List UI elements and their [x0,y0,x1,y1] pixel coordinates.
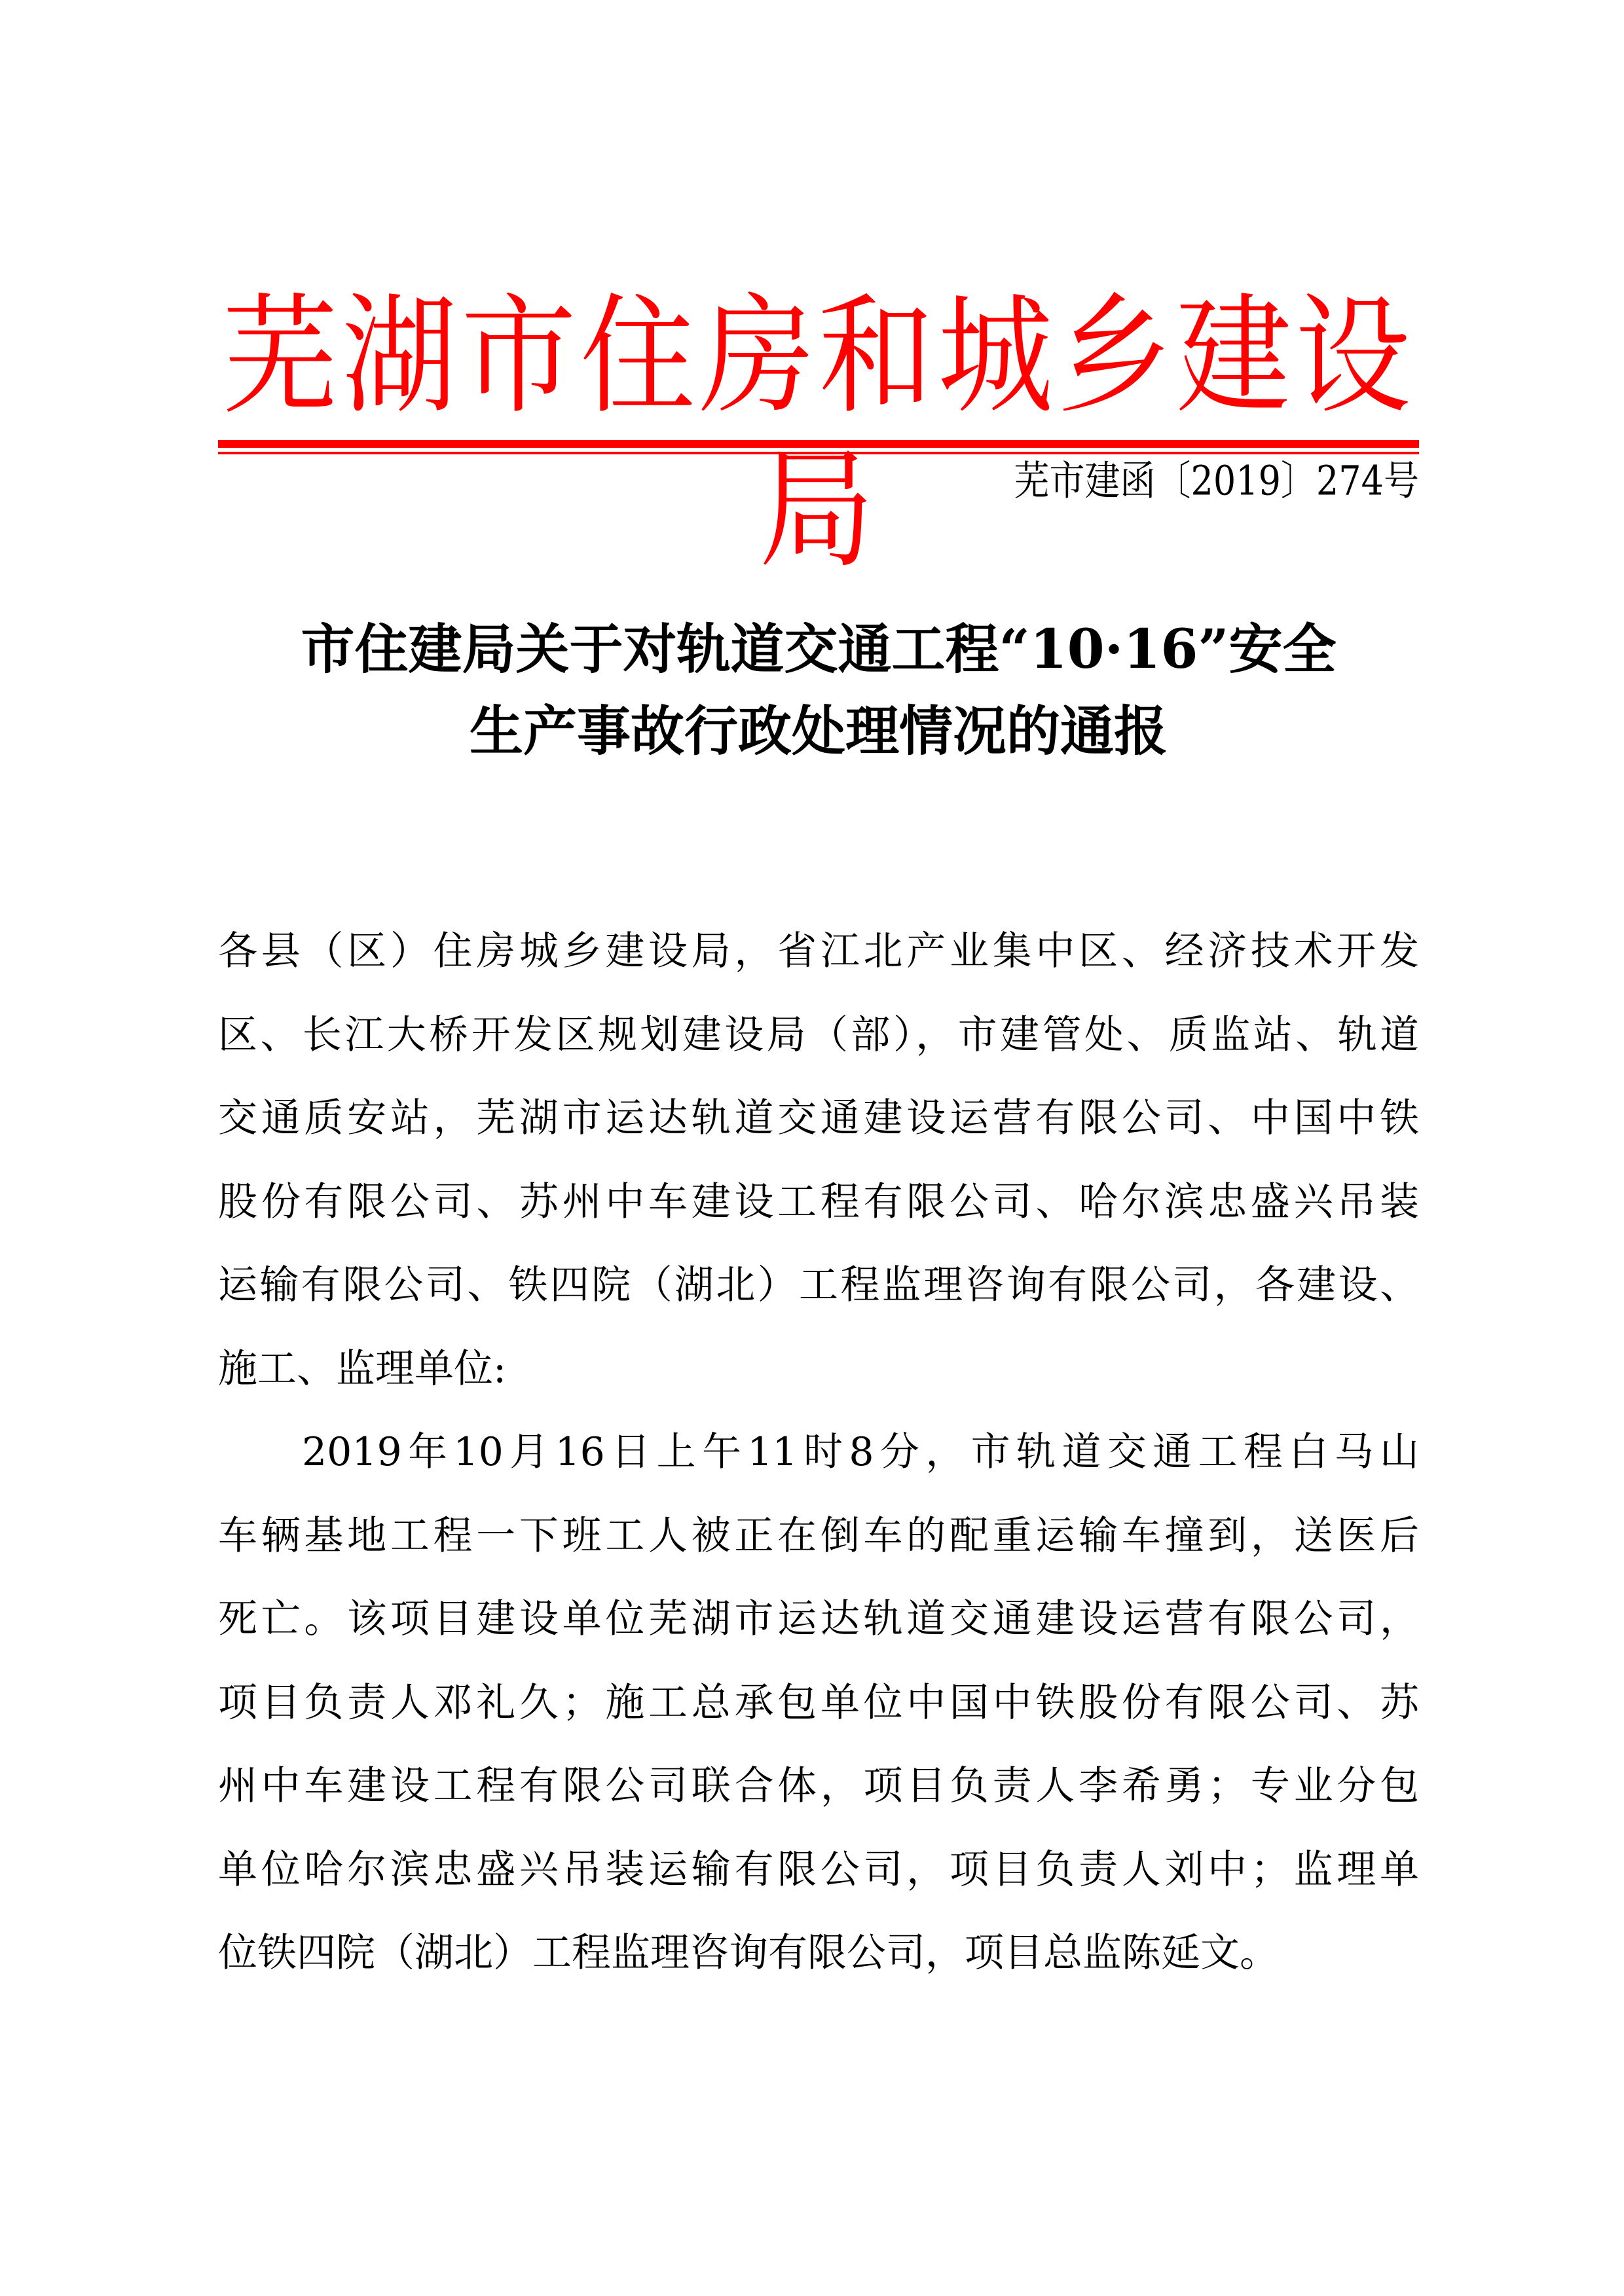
body-line: 州中车建设工程有限公司联合体，项目负责人李希勇；专业分包 [218,1745,1419,1829]
body-line: 各县（区）住房城乡建设局，省江北产业集中区、经济技术开发 [218,910,1419,994]
body-line: 施工、监理单位: [218,1328,1419,1412]
body-line: 单位哈尔滨忠盛兴吊装运输有限公司，项目负责人刘中；监理单 [218,1829,1419,1912]
body-line: 交通质安站，芜湖市运达轨道交通建设运营有限公司、中国中铁 [218,1077,1419,1161]
body-line: 死亡。该项目建设单位芜湖市运达轨道交通建设运营有限公司， [218,1578,1419,1662]
incident-paragraph: 2019年10月16日上午11时8分，市轨道交通工程白马山 车辆基地工程一下班工… [218,1411,1419,1995]
agency-masthead: 芜湖市住房和城乡建设局 [216,280,1421,433]
body-line: 2019年10月16日上午11时8分，市轨道交通工程白马山 [218,1411,1419,1495]
title-line: 生产事故行政处理情况的通报 [218,691,1419,773]
body-line: 车辆基地工程一下班工人被正在倒车的配重运输车撞到，送医后 [218,1495,1419,1578]
document-title: 市住建局关于对轨道交通工程“10·16”安全 生产事故行政处理情况的通报 [218,609,1419,773]
body-line: 项目负责人邓礼久；施工总承包单位中国中铁股份有限公司、苏 [218,1662,1419,1745]
body-line: 区、长江大桥开发区规划建设局（部），市建管处、质监站、轨道 [218,994,1419,1078]
body-line: 股份有限公司、苏州中车建设工程有限公司、哈尔滨忠盛兴吊装 [218,1161,1419,1245]
body-line: 运输有限公司、铁四院（湖北）工程监理咨询有限公司，各建设、 [218,1244,1419,1328]
document-number: 芜市建函〔2019〕274号 [1014,455,1420,508]
document-body: 各县（区）住房城乡建设局，省江北产业集中区、经济技术开发 区、长江大桥开发区规划… [218,910,1419,1995]
document-page: 芜湖市住房和城乡建设局 芜市建函〔2019〕274号 市住建局关于对轨道交通工程… [0,0,1624,2296]
red-divider-thick [218,440,1419,448]
title-line: 市住建局关于对轨道交通工程“10·16”安全 [218,609,1419,691]
addressee-block: 各县（区）住房城乡建设局，省江北产业集中区、经济技术开发 区、长江大桥开发区规划… [218,910,1419,1411]
red-divider-thin [218,452,1419,454]
body-line: 位铁四院（湖北）工程监理咨询有限公司，项目总监陈延文。 [218,1912,1419,1995]
